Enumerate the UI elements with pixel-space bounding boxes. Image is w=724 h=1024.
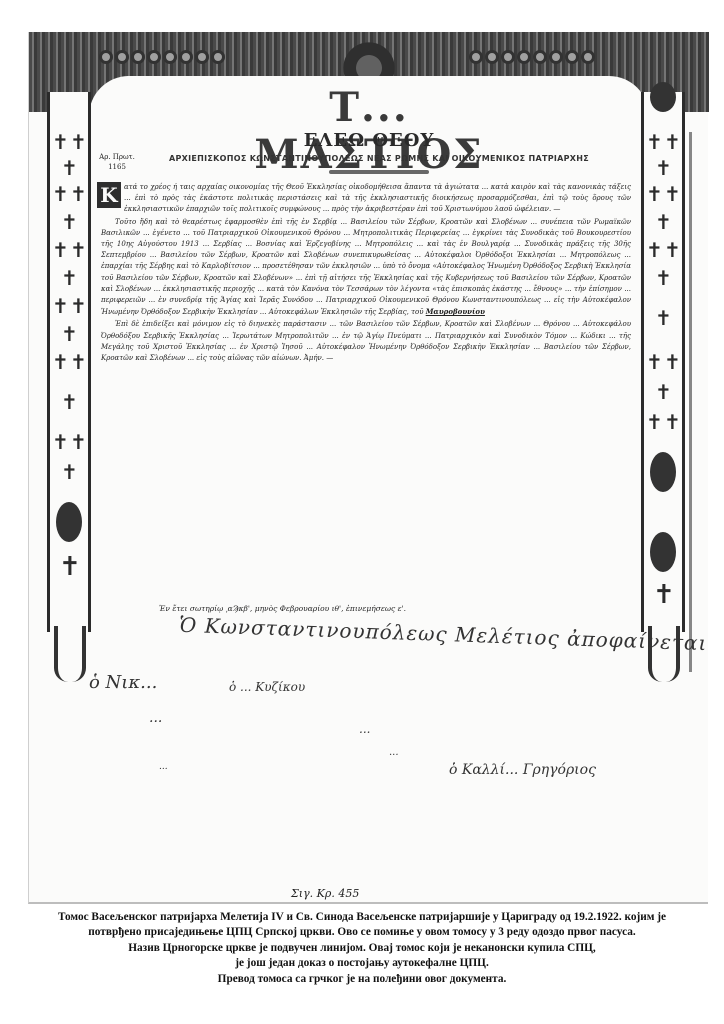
cross-icon: ✝ (664, 412, 681, 432)
dropcap-letter: Κ (97, 182, 121, 208)
cross-icon: ✝ (52, 184, 69, 204)
signature: ... (389, 747, 399, 758)
cross-icon: ✝ (646, 352, 663, 372)
cross-icon: ✝ (653, 582, 675, 608)
caption-line: Превод томоса са грчког је на полеђини о… (0, 972, 724, 987)
archive-mark: Σιγ. Κρ. 455 (291, 887, 359, 900)
signature: ὁ Νικ... (89, 672, 157, 693)
cross-icon: ✝ (61, 268, 78, 288)
cross-icon: ✝ (70, 352, 87, 372)
cross-icon: ✝ (664, 132, 681, 152)
cross-icon: ✝ (70, 240, 87, 260)
signature: ... (159, 762, 168, 772)
caption-line: Томос Васељенског патријарха Мелетија IV… (0, 910, 724, 925)
cross-icon: ✝ (664, 184, 681, 204)
cross-icon: ✝ (61, 212, 78, 232)
tomos-body-text: Κ ατά το χρέος ή ταις αρχαίας οικονομίας… (101, 182, 631, 365)
signature: ... (149, 710, 162, 726)
caption: Томос Васељенског патријарха Мелетија IV… (0, 910, 724, 987)
cross-icon: ✝ (52, 352, 69, 372)
cross-icon: ✝ (646, 412, 663, 432)
oval-ornament-icon (56, 502, 82, 542)
signature: ὁ Καλλί... Γρηγόριος (449, 762, 596, 778)
cross-icon: ✝ (646, 132, 663, 152)
cross-icon: ✝ (70, 432, 87, 452)
cross-icon: ✝ (655, 382, 672, 402)
paragraph-3: Ἐπὶ δὲ ἐπιδείξει καὶ μόνιμον εἰς τὸ διην… (101, 319, 631, 364)
caption-line: потврђено присаједињење ЦПЦ Српској цркв… (0, 925, 724, 940)
cross-icon: ✝ (655, 158, 672, 178)
cross-icon: ✝ (61, 158, 78, 178)
patriarch-title-line: ΑΡΧΙΕΠΙΣΚΟΠΟΣ ΚΩΝΣΤΑΝΤΙΝΟΥΠΟΛΕΩΣ ΝΕΑΣ ΡΩ… (159, 154, 599, 163)
cross-icon: ✝ (646, 184, 663, 204)
chain-ornament-left (99, 50, 225, 68)
signature: ... (359, 722, 370, 736)
tassel-ornament-icon (54, 626, 86, 682)
registry-note: Αρ. Πρωτ. 1165 (97, 152, 137, 172)
cross-icon: ✝ (61, 392, 78, 412)
right-border-column: ✝ ✝ ✝ ✝ ✝ ✝ ✝ ✝ ✝ ✝ ✝ ✝ ✝ ✝ ✝ ✝ (641, 92, 685, 632)
cross-icon: ✝ (52, 240, 69, 260)
paragraph-2: Τοῦτο ἤδη καὶ τὸ θεαρέστως ἐφαρμοσθὲν ἐπ… (101, 217, 631, 319)
paragraph-1: Κ ατά το χρέος ή ταις αρχαίας οικονομίας… (101, 182, 631, 216)
cross-icon: ✝ (664, 240, 681, 260)
patriarch-signature: Ὁ Κωνσταντινουπόλεως Μελέτιος ἀποφαίνετα… (179, 613, 708, 655)
cross-icon: ✝ (61, 462, 78, 482)
cross-icon: ✝ (52, 296, 69, 316)
signature: ὁ ... Κυζίκου (229, 680, 305, 694)
left-border-column: ✝ ✝ ✝ ✝ ✝ ✝ ✝ ✝ ✝ ✝ ✝ ✝ ✝ ✝ ✝ ✝ ✝ ✝ ✝ (47, 92, 91, 632)
cross-icon: ✝ (70, 184, 87, 204)
cross-icon: ✝ (59, 554, 81, 580)
cross-icon: ✝ (52, 132, 69, 152)
oval-ornament-icon (650, 532, 676, 572)
cross-icon: ✝ (655, 212, 672, 232)
chain-ornament-right (469, 50, 595, 68)
document-subtitle: ΕΛΕΩ ΘΕΟΥ (259, 130, 479, 151)
oval-ornament-icon (650, 452, 676, 492)
cross-icon: ✝ (646, 240, 663, 260)
date-line: Ἐν ἔτει σωτηρίῳ ͵αϠκβ', μηνὸς Φεβρουαρίο… (159, 604, 406, 613)
caption-line: је још један доказ о постојању аутокефал… (0, 956, 724, 971)
cross-icon: ✝ (52, 432, 69, 452)
flourish-ornament-icon (329, 170, 429, 174)
tomos-scan: ✝ ✝ ✝ ✝ ✝ ✝ ✝ ✝ ✝ ✝ ✝ ✝ ✝ ✝ ✝ ✝ ✝ ✝ ✝ ✝ … (28, 32, 708, 904)
cross-icon: ✝ (655, 308, 672, 328)
cross-icon: ✝ (664, 352, 681, 372)
caption-line: Назив Црногорске цркве је подвучен линиј… (0, 941, 724, 956)
cross-icon: ✝ (655, 268, 672, 288)
cross-icon: ✝ (70, 296, 87, 316)
underlined-montenegro-word: Μαυροβουνίου (426, 307, 485, 316)
oval-ornament-icon (650, 82, 676, 112)
cross-icon: ✝ (70, 132, 87, 152)
border-line (689, 132, 692, 672)
cross-icon: ✝ (61, 324, 78, 344)
